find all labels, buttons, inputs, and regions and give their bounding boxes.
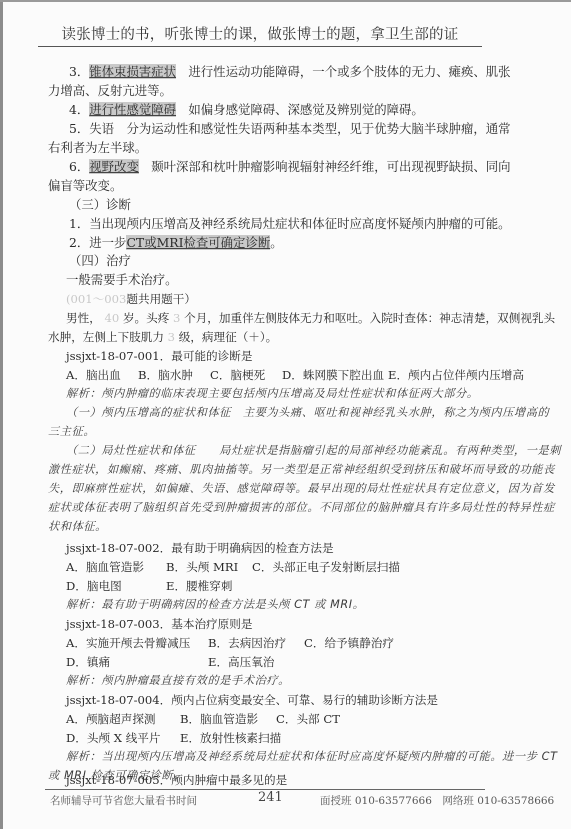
explanation-line: 激性症状，如癫痫、疼痛、肌肉抽搐等。另一类型是正常神经组织受到挤压和破坏而导致的… [48, 462, 555, 478]
question-003-options-row-1: A．实施开颅去骨瓣减压B．去病因治疗C．给予镇静治疗 [66, 635, 394, 651]
diagnosis-item-prefix: 2．进一步 [69, 235, 126, 250]
question-002-options-row-2: D．脑电图E．腰椎穿刺 [66, 578, 232, 594]
case-range-numbers: 001～003 [71, 292, 127, 306]
case-range-label: 题共用题干） [126, 292, 196, 306]
page-scan-edge-top [0, 0, 571, 2]
diagnosis-heading: （三）诊断 [69, 197, 131, 213]
case-range: (001～003题共用题干） [66, 291, 196, 307]
symptom-5: 5．失语 分为运动性和感觉性失语两种基本类型，见于优势大脑半球肿瘤，通常 [69, 121, 511, 137]
option-a[interactable]: A．脑出血 [66, 367, 138, 383]
case-text: 级，病理征（＋）。 [179, 330, 278, 344]
question-004-options-row-1: A．颅脑超声探测B．脑血管造影C．头部 CT [66, 711, 340, 727]
symptom-number: 3． [69, 64, 89, 79]
treatment-text: 一般需要手术治疗。 [66, 272, 178, 288]
option-c[interactable]: C．头部 CT [276, 711, 340, 727]
question-003-options-row-2: D．镇痛E．高压氧治 [66, 654, 274, 670]
diagnosis-item-suffix: 。 [270, 235, 282, 250]
explanation-line: （一）颅内压增高的症状和体征 主要为头痛、呕吐和视神经乳头水肿，称之为颅内压增高… [66, 405, 549, 421]
option-c[interactable]: C．脑梗死 [210, 367, 282, 383]
symptom-term-highlight: 视野改变 [89, 159, 139, 174]
option-b[interactable]: B．脑血管造影 [180, 711, 276, 727]
explanation-line: 症状或体征表明了脑组织首先受到肿瘤损害的部位。不同部位的脑肿瘤具有许多局灶性的特… [48, 500, 555, 516]
footer-contact: 面授班 010-63577666 网络班 010-63578666 [320, 793, 554, 808]
symptom-term: 失语 [89, 121, 114, 136]
explanation-line: 解析：最有助于明确病因的检查方法是头颅 CT 或 MRI。 [66, 597, 364, 613]
option-a[interactable]: A．颅脑超声探测 [66, 711, 180, 727]
diagnosis-highlight: CT或MRI检查可确定诊断 [126, 235, 270, 250]
question-005-stem: jssjxt-18-07-005．颅内肿瘤中最多见的是 [66, 772, 287, 788]
diagnosis-item-1: 1．当出现颅内压增高及神经系统局灶症状和体征时应高度怀疑颅内肿瘤的可能。 [69, 216, 511, 232]
option-d[interactable]: D．脑电图 [66, 578, 166, 594]
explanation-line: 解析：颅内肿瘤最直接有效的是手术治疗。 [66, 673, 290, 689]
symptom-3: 3．锥体束损害症状 进行性运动功能障碍，一个或多个肢体的无力、瘫痪、肌张 [69, 64, 511, 80]
footer-slogan: 名师辅导可节省您大量看书时间 [50, 793, 197, 808]
option-a[interactable]: A．实施开颅去骨瓣减压 [66, 635, 208, 651]
symptom-description: 颞叶深部和枕叶肿瘤影响视辐射神经纤维，可出现视野缺损、同向 [139, 159, 511, 174]
explanation-line: 失，即麻痹性症状，如偏瘫、失语、感觉障碍等。最早出现的局灶性症状具有定位意义，因… [48, 481, 555, 497]
symptom-6: 6．视野改变 颞叶深部和枕叶肿瘤影响视辐射神经纤维，可出现视野缺损、同向 [69, 159, 511, 175]
option-b[interactable]: B．头颅 MRI [166, 559, 252, 575]
option-c[interactable]: C．给予镇静治疗 [304, 635, 394, 651]
symptom-number: 6． [69, 159, 89, 174]
page-scan-edge-left [0, 0, 3, 829]
option-d[interactable]: D．蛛网膜下腔出血 [282, 367, 388, 383]
case-months: 3 [173, 311, 180, 325]
option-a[interactable]: A．脑血管造影 [66, 559, 166, 575]
case-text: 岁。头疼 [123, 311, 169, 325]
question-002-options-row-1: A．脑血管造影B．头颅 MRIC．头部正电子发射断层扫描 [66, 559, 400, 575]
case-stem-line-2: 水肿，左侧上下肢肌力 3 级，病理征（＋）。 [48, 329, 277, 345]
option-d[interactable]: D．头颅 X 线平片 [66, 730, 180, 746]
case-text: 个月，加重伴左侧肢体无力和呕吐。入院时查体：神志清楚，双侧视乳头 [184, 311, 555, 325]
symptom-6-cont: 偏盲等改变。 [48, 178, 122, 194]
symptom-4: 4．进行性感觉障碍 如偏身感觉障碍、深感觉及辨别觉的障碍。 [69, 102, 424, 118]
case-text: 男性， [66, 311, 101, 325]
option-e[interactable]: E．放射性核素扫描 [180, 730, 281, 746]
symptom-term-highlight: 锥体束损害症状 [89, 64, 176, 79]
case-stem-line-1: 男性， 40 岁。头疼 3 个月，加重伴左侧肢体无力和呕吐。入院时查体：神志清楚… [66, 310, 555, 326]
symptom-3-cont: 力增高、反射亢进等。 [48, 83, 172, 99]
symptom-description: 如偏身感觉障碍、深感觉及辨别觉的障碍。 [176, 102, 424, 117]
option-c[interactable]: C．头部正电子发射断层扫描 [252, 559, 400, 575]
symptom-term-highlight: 进行性感觉障碍 [89, 102, 176, 117]
explanation-line: 解析：颅内肿瘤的临床表现主要包括颅内压增高及局灶性症状和体征两大部分。 [66, 386, 479, 402]
page-number: 241 [258, 790, 283, 805]
question-001-stem: jssjxt-18-07-001．最可能的诊断是 [66, 348, 252, 364]
symptom-5-cont: 右利者为左半球。 [48, 140, 147, 156]
explanation-line: 解析：当出现颅内压增高及神经系统局灶症状和体征时应高度怀疑颅内肿瘤的可能。进一步… [66, 749, 558, 765]
case-muscle-grade: 3 [168, 330, 175, 344]
question-002-stem: jssjxt-18-07-002．最有助于明确病因的检查方法是 [66, 540, 334, 556]
question-001-options: A．脑出血B．脑水肿C．脑梗死D．蛛网膜下腔出血E．颅内占位伴颅内压增高 [66, 367, 524, 383]
case-age: 40 [104, 311, 119, 325]
symptom-description: 进行性运动功能障碍，一个或多个肢体的无力、瘫痪、肌张 [176, 64, 511, 79]
explanation-line: （二）局灶性症状和体征 局灶症状是指脑瘤引起的局部神经功能紊乱。有两种类型，一是… [66, 443, 561, 459]
option-e[interactable]: E．颅内占位伴颅内压增高 [388, 367, 524, 383]
page-header: 读张博士的书，听张博士的课，做张博士的题，拿卫生部的证 [38, 23, 482, 44]
header-divider [38, 46, 482, 47]
question-004-options-row-2: D．头颅 X 线平片E．放射性核素扫描 [66, 730, 281, 746]
treatment-heading: （四）治疗 [69, 253, 131, 269]
explanation-line: 状和体征。 [48, 519, 107, 535]
option-b[interactable]: B．去病因治疗 [208, 635, 304, 651]
explanation-line: 三主征。 [48, 424, 95, 440]
symptom-number: 4． [69, 102, 89, 117]
symptom-number: 5． [69, 121, 89, 136]
question-003-stem: jssjxt-18-07-003．基本治疗原则是 [66, 616, 252, 632]
option-d[interactable]: D．镇痛 [66, 654, 208, 670]
diagnosis-item-2: 2．进一步CT或MRI检查可确定诊断。 [69, 235, 283, 251]
option-e[interactable]: E．腰椎穿刺 [166, 578, 232, 594]
symptom-description: 分为运动性和感觉性失语两种基本类型，见于优势大脑半球肿瘤，通常 [114, 121, 511, 136]
question-004-stem: jssjxt-18-07-004．颅内占位病变最安全、可靠、易行的辅助诊断方法是 [66, 692, 438, 708]
option-b[interactable]: B．脑水肿 [138, 367, 210, 383]
option-e[interactable]: E．高压氧治 [208, 654, 274, 670]
case-text: 水肿，左侧上下肢肌力 [48, 330, 164, 344]
